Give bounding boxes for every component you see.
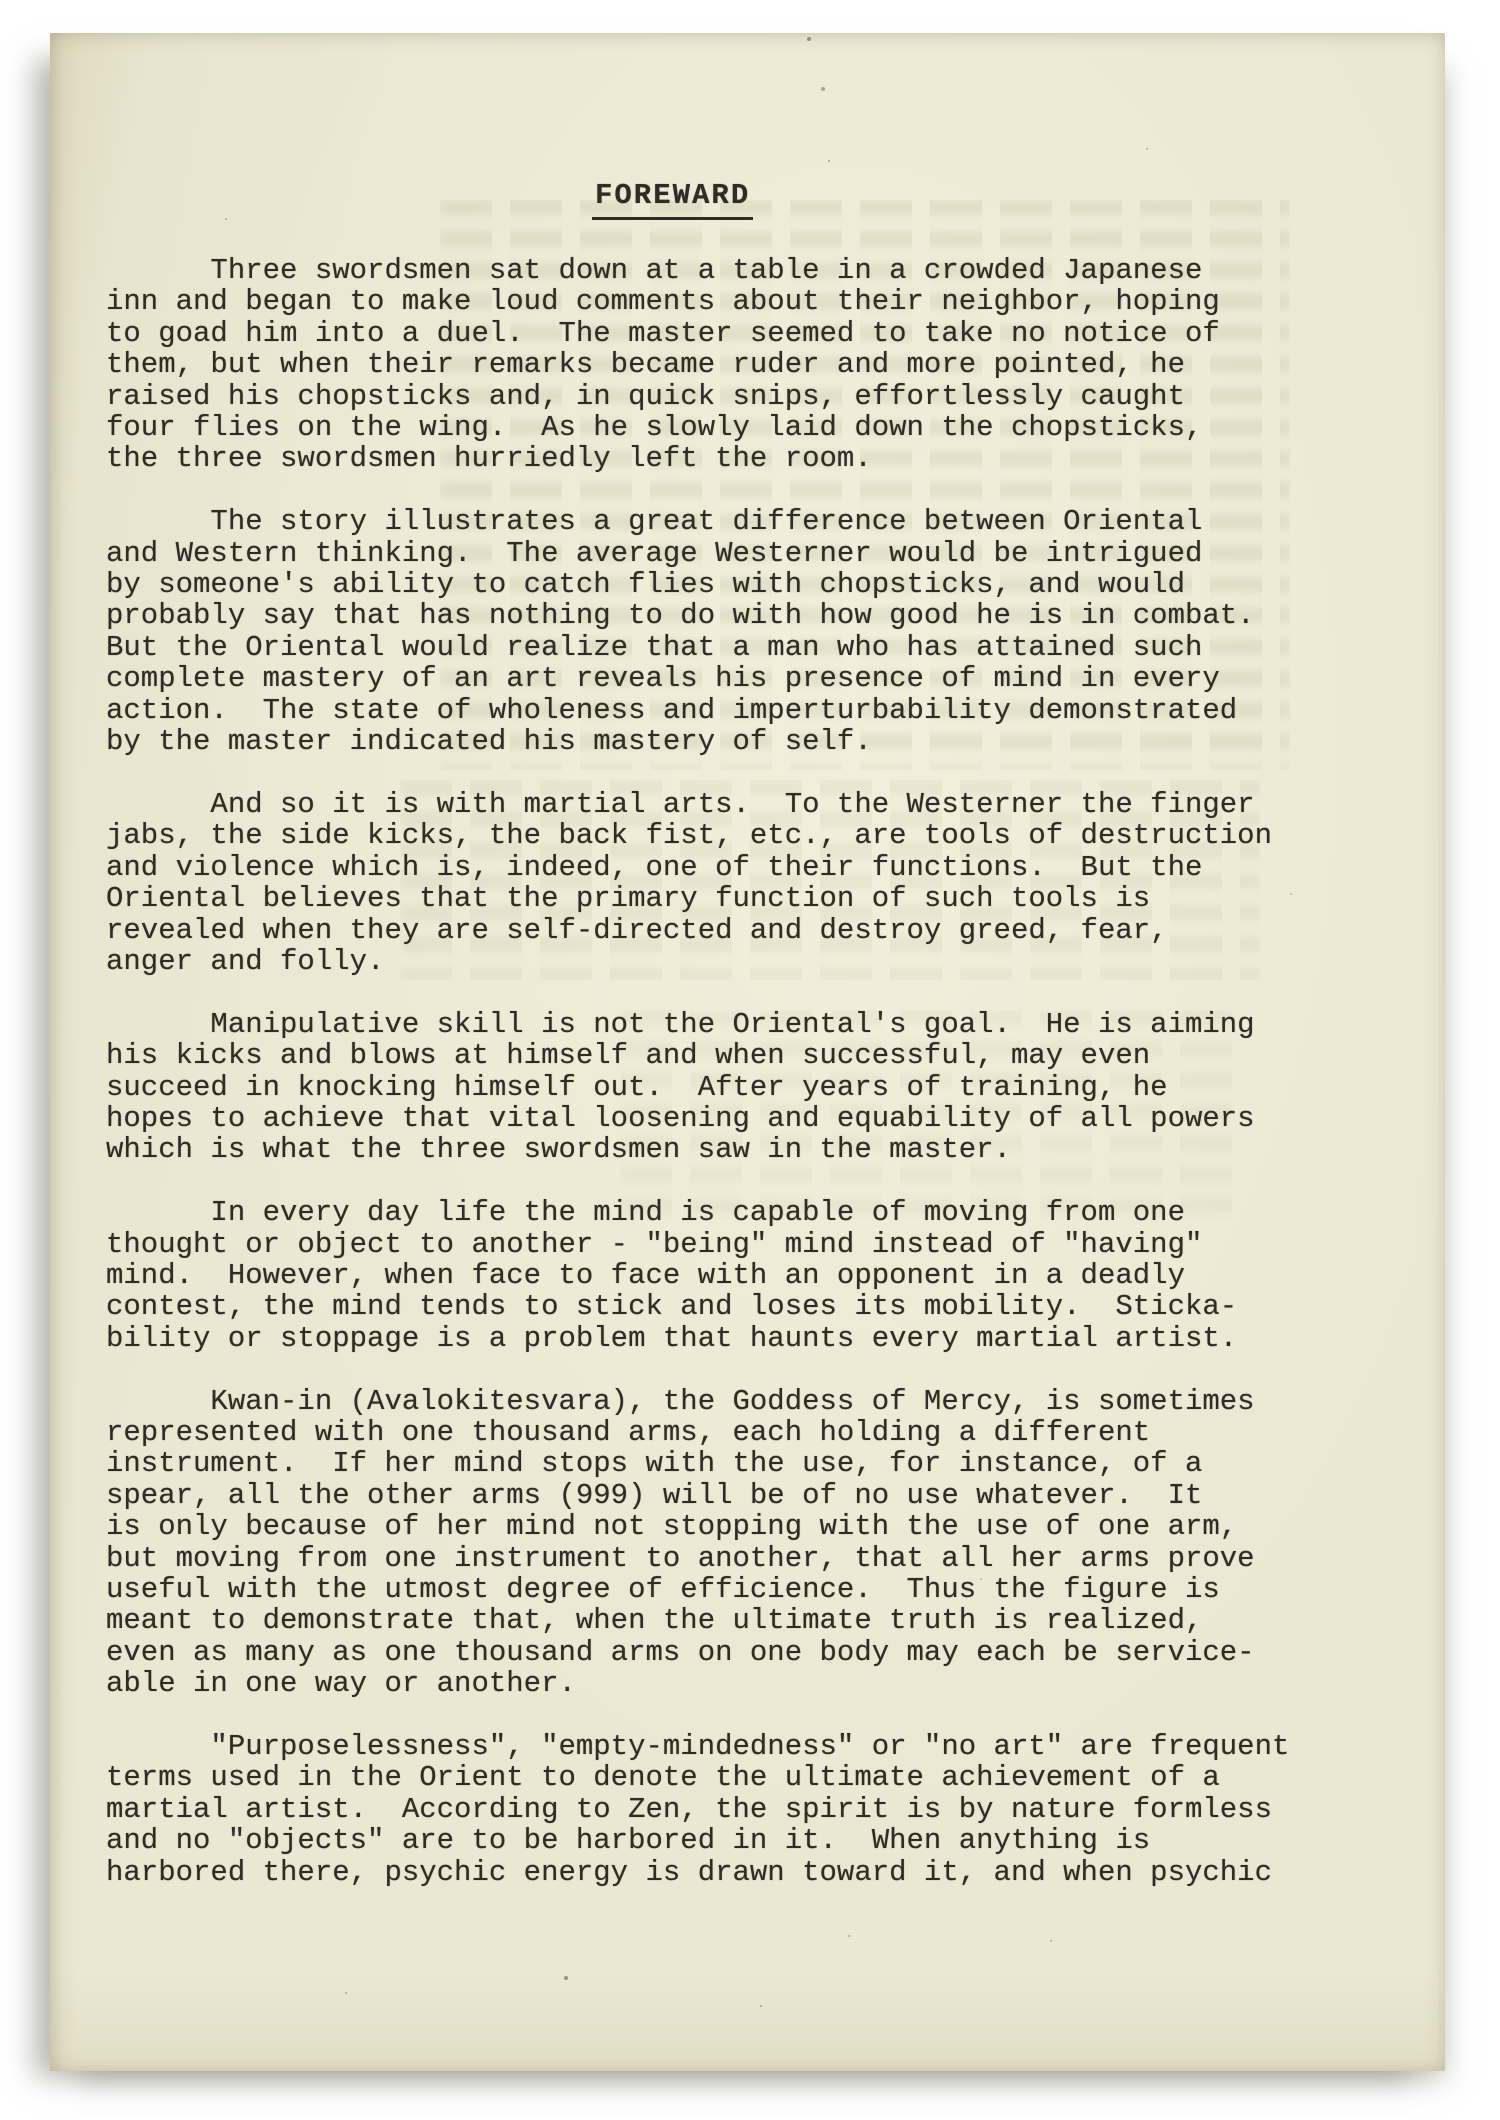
paragraph-7: "Purposelessness", "empty-mindedness" or… xyxy=(106,1731,1289,1888)
paragraph-3: And so it is with martial arts. To the W… xyxy=(106,789,1289,977)
paragraph-2: The story illustrates a great difference… xyxy=(106,506,1289,757)
paragraph-1: Three swordsmen sat down at a table in a… xyxy=(106,255,1289,475)
paragraph-5: In every day life the mind is capable of… xyxy=(106,1197,1289,1354)
document-title: FOREWARD xyxy=(592,179,753,220)
paper-specks xyxy=(50,33,52,35)
paragraph-6: Kwan-in (Avalokitesvara), the Goddess of… xyxy=(106,1386,1289,1700)
paper-sheet: FOREWARD Three swordsmen sat down at a t… xyxy=(50,33,1445,2071)
document-body: Three swordsmen sat down at a table in a… xyxy=(106,255,1289,1888)
paragraph-4: Manipulative skill is not the Oriental's… xyxy=(106,1009,1289,1166)
